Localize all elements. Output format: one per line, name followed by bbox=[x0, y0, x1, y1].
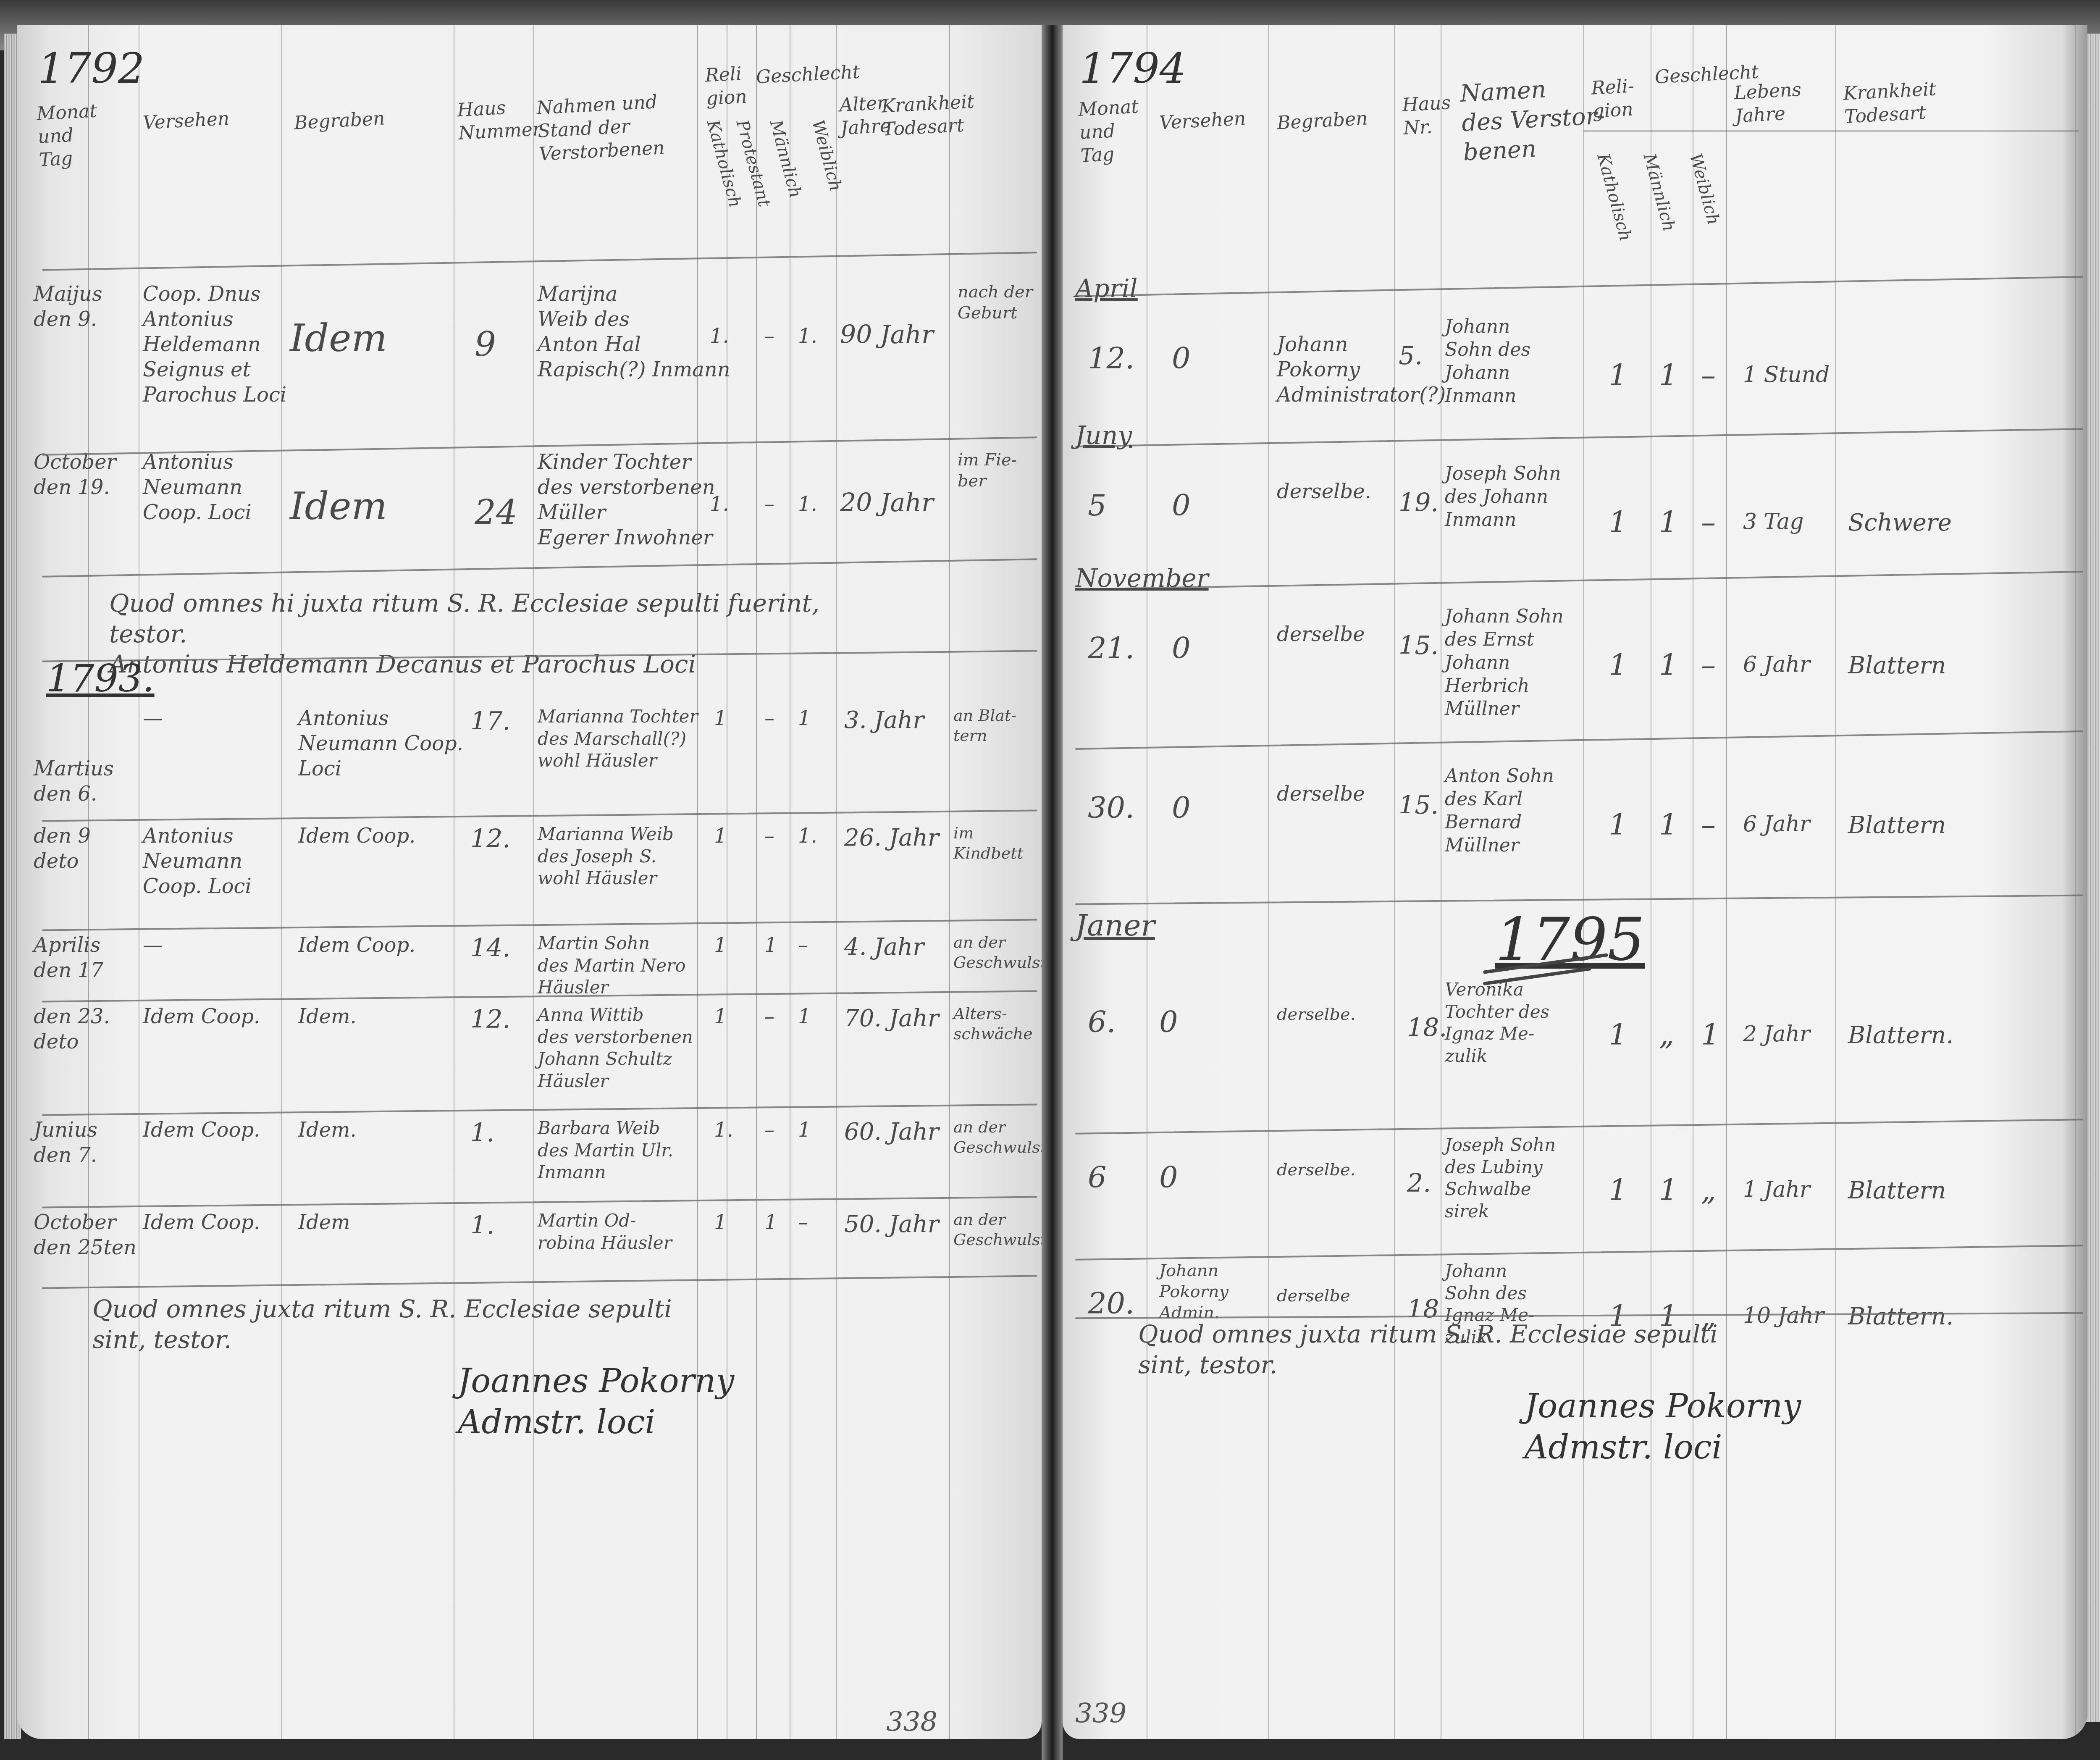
entry-religion: 1 bbox=[714, 1004, 727, 1029]
entry-female: – bbox=[798, 1210, 808, 1235]
entry-cause: Blattern. bbox=[1848, 1021, 1953, 1050]
entry-name: Veronika Tochter des Ignaz Me- zulik bbox=[1445, 979, 1549, 1067]
entry-date: Junius den 7. bbox=[34, 1117, 97, 1168]
entry-male: – bbox=[764, 1004, 774, 1029]
entry-age: 4. Jahr bbox=[844, 933, 924, 962]
entry-age: 1 Jahr bbox=[1743, 1176, 1810, 1203]
header-sex: Geschlecht bbox=[756, 60, 861, 89]
entry-versehen: — bbox=[143, 706, 163, 731]
entry-male: – bbox=[764, 706, 774, 731]
entry-house-number: 5. bbox=[1399, 340, 1423, 372]
entry-begraben: Idem bbox=[290, 315, 387, 363]
entry-name: Martin Od- robina Häusler bbox=[538, 1210, 672, 1254]
header-religion: Reli gion bbox=[704, 62, 748, 110]
row-divider bbox=[42, 1196, 1037, 1208]
entry-month: Juny bbox=[1075, 420, 1132, 452]
entry-versehen: 0 bbox=[1172, 487, 1191, 524]
entry-month: Janer bbox=[1075, 907, 1155, 944]
year-heading: 1792 bbox=[38, 42, 145, 95]
entry-male: – bbox=[764, 823, 774, 848]
entry-date: den 9 deto bbox=[34, 823, 91, 874]
entry-male: – bbox=[764, 323, 774, 349]
row-divider bbox=[1075, 571, 2083, 590]
row-divider bbox=[42, 1104, 1037, 1116]
entry-religion: 1 bbox=[1609, 1017, 1627, 1053]
entry-name: Kinder Tochter des verstorbenen Müller E… bbox=[538, 449, 715, 550]
entry-date: Maijus den 9. bbox=[34, 281, 102, 332]
entry-begraben: Idem. bbox=[298, 1004, 357, 1029]
entry-female: 1. bbox=[798, 323, 817, 349]
entry-female: 1 bbox=[798, 1004, 811, 1029]
right-page: 1794 Monat und Tag Versehen Begraben Hau… bbox=[1063, 25, 2087, 1739]
entry-house-number: 18. bbox=[1407, 1012, 1447, 1044]
header-house-number: Haus Nr. bbox=[1402, 91, 1452, 140]
header-age: Lebens Jahre bbox=[1733, 78, 1803, 128]
entry-house-number: 2. bbox=[1407, 1168, 1431, 1199]
entry-cause: an der Geschwulst bbox=[953, 933, 1042, 972]
entry-male: 1 bbox=[764, 933, 777, 958]
header-versehen: Versehen bbox=[142, 107, 230, 135]
entry-male: 1 bbox=[764, 1210, 777, 1235]
entry-cause: im Kindbett bbox=[953, 823, 1024, 863]
entry-house-number: 24 bbox=[475, 491, 517, 533]
entry-begraben: Idem Coop. bbox=[298, 933, 415, 958]
entry-house-number: 12. bbox=[470, 1004, 510, 1035]
entry-day: 12. bbox=[1088, 340, 1134, 377]
header-religion: Reli- gion bbox=[1591, 74, 1636, 123]
row-divider bbox=[42, 919, 1037, 931]
attestation-note: Quod omnes hi juxta ritum S. R. Ecclesia… bbox=[109, 588, 865, 680]
entry-age: 60. Jahr bbox=[844, 1117, 939, 1147]
entry-begraben: derselbe bbox=[1277, 781, 1365, 806]
entry-versehen: Johann Pokorny Admin. bbox=[1159, 1260, 1228, 1323]
entry-day: 21. bbox=[1088, 630, 1134, 667]
entry-name: Barbara Weib des Martin Ulr. Inmann bbox=[538, 1117, 673, 1184]
entry-religion: 1 bbox=[1609, 806, 1627, 843]
entry-religion: 1. bbox=[710, 491, 729, 517]
entry-date: den 23. deto bbox=[34, 1004, 110, 1054]
entry-cause: an Blat- tern bbox=[953, 706, 1016, 746]
entry-religion: 1 bbox=[1609, 647, 1627, 684]
entry-female: – bbox=[1701, 647, 1716, 684]
entry-begraben: derselbe bbox=[1277, 1285, 1350, 1306]
entry-age: 6 Jahr bbox=[1743, 651, 1810, 678]
entry-female: – bbox=[798, 933, 808, 958]
entry-versehen: — bbox=[143, 933, 163, 958]
entry-age: 1 Stund bbox=[1743, 361, 1830, 389]
entry-name: Johann Sohn des Ernst Johann Herbrich Mü… bbox=[1445, 605, 1564, 720]
entry-religion: 1 bbox=[714, 1210, 727, 1235]
entry-female: 1 bbox=[1701, 1017, 1720, 1053]
header-month-day: Monat und Tag bbox=[1078, 95, 1142, 167]
subheader-female: Weiblich bbox=[1685, 151, 1724, 227]
entry-female: – bbox=[1701, 357, 1716, 394]
entry-house-number: 1. bbox=[470, 1210, 494, 1241]
entry-day: 20. bbox=[1088, 1285, 1134, 1322]
row-divider bbox=[1075, 730, 2083, 750]
entry-age: 70. Jahr bbox=[844, 1004, 939, 1033]
entry-female: – bbox=[1701, 504, 1716, 541]
entry-religion: 1 bbox=[714, 706, 727, 731]
subheader-male: Männlich bbox=[765, 118, 806, 200]
entry-religion: 1 bbox=[714, 823, 727, 848]
header-name-status: Nahmen und Stand der Verstorbenen bbox=[536, 88, 699, 166]
entry-day: 6 bbox=[1088, 1159, 1107, 1196]
entry-religion: 1 bbox=[1609, 504, 1627, 541]
entry-name: Marijna Weib des Anton Hal Rapisch(?) In… bbox=[538, 281, 730, 382]
entry-begraben: Idem. bbox=[298, 1117, 357, 1143]
entry-cause: im Fie- ber bbox=[958, 449, 1017, 491]
entry-day: 5 bbox=[1088, 487, 1107, 524]
header-cause: Krankheit Todesart bbox=[1843, 77, 1938, 128]
closing-attestation: Quod omnes juxta ritum S. R. Ecclesiae s… bbox=[92, 1294, 974, 1355]
entry-religion: 1. bbox=[710, 323, 729, 349]
entry-cause: Blattern bbox=[1848, 811, 1946, 840]
entry-name: Marianna Weib des Joseph S. wohl Häusler bbox=[538, 823, 674, 890]
entry-name: Johann Sohn des Johann Inmann bbox=[1445, 315, 1530, 407]
row-divider bbox=[1075, 428, 2083, 447]
entry-versehen: Idem Coop. bbox=[143, 1210, 260, 1235]
year-heading: 1794 bbox=[1079, 42, 1186, 95]
entry-female: – bbox=[1701, 806, 1716, 843]
entry-female: 1. bbox=[798, 491, 817, 517]
entry-begraben: derselbe. bbox=[1277, 1004, 1355, 1025]
entry-male: 1 bbox=[1659, 647, 1678, 684]
entry-male: 1 bbox=[1659, 504, 1678, 541]
entry-cause: Schwere bbox=[1848, 508, 1952, 538]
entry-male: „ bbox=[1659, 1017, 1674, 1053]
entry-age: 3 Tag bbox=[1743, 508, 1804, 536]
header-cause: Krankheit Todesart bbox=[881, 90, 976, 141]
entry-house-number: 14. bbox=[470, 933, 510, 964]
entry-versehen: 0 bbox=[1172, 790, 1191, 827]
entry-male: – bbox=[764, 1117, 774, 1143]
entry-begraben: Idem bbox=[298, 1210, 350, 1235]
entry-female: „ bbox=[1701, 1172, 1716, 1209]
row-divider bbox=[1075, 1245, 2083, 1261]
entry-house-number: 15. bbox=[1399, 630, 1438, 662]
entry-age: 26. Jahr bbox=[844, 823, 939, 853]
subheader-catholic: Katholisch bbox=[1593, 151, 1636, 244]
entry-begraben: Idem bbox=[290, 483, 387, 531]
entry-house-number: 15. bbox=[1399, 790, 1438, 821]
header-month-day: Monat und Tag bbox=[36, 99, 100, 171]
entry-religion: 1 bbox=[714, 933, 727, 958]
entry-begraben: derselbe. bbox=[1277, 1159, 1355, 1180]
entry-female: 1 bbox=[798, 706, 811, 731]
entry-name: Martin Sohn des Martin Nero Häusler bbox=[538, 933, 685, 999]
entry-house-number: 12. bbox=[470, 823, 510, 855]
entry-date: Martius den 6. bbox=[34, 756, 114, 806]
subheader-male: Männlich bbox=[1639, 151, 1680, 234]
entry-male: 1 bbox=[1659, 357, 1678, 394]
entry-age: 50. Jahr bbox=[844, 1210, 939, 1239]
entry-day: 30. bbox=[1088, 790, 1134, 827]
entry-month: November bbox=[1075, 563, 1209, 594]
header-begraben: Begraben bbox=[294, 107, 386, 134]
page-number-left: 338 bbox=[886, 1705, 937, 1739]
entry-name: Anna Wittib des verstorbenen Johann Schu… bbox=[538, 1004, 693, 1092]
entry-date: October den 25ten bbox=[34, 1210, 136, 1260]
entry-versehen: 0 bbox=[1172, 340, 1191, 377]
entry-name: Joseph Sohn des Johann Inmann bbox=[1445, 462, 1561, 531]
row-divider bbox=[42, 810, 1037, 822]
entry-versehen: 0 bbox=[1159, 1159, 1178, 1196]
entry-versehen: Coop. Dnus Antonius Heldemann Seignus et… bbox=[143, 281, 286, 407]
entry-begraben: derselbe bbox=[1277, 622, 1365, 647]
entry-cause: nach der Geburt bbox=[958, 281, 1033, 323]
row-divider bbox=[1075, 1119, 2083, 1135]
entry-versehen: 0 bbox=[1172, 630, 1191, 667]
header-versehen: Versehen bbox=[1159, 107, 1247, 135]
entry-day: 6. bbox=[1088, 1004, 1116, 1041]
entry-religion: 1 bbox=[1609, 1172, 1627, 1209]
entry-religion: 1 bbox=[1609, 357, 1627, 394]
entry-male: 1 bbox=[1659, 1172, 1678, 1209]
entry-versehen: Antonius Neumann Coop. Loci bbox=[143, 449, 252, 525]
entry-cause: an der Geschwulst bbox=[953, 1210, 1042, 1250]
year-heading-1793: 1793. bbox=[46, 655, 155, 703]
entry-date: October den 19. bbox=[34, 449, 116, 500]
entry-house-number: 19. bbox=[1399, 487, 1438, 519]
entry-religion: 1. bbox=[714, 1117, 733, 1143]
entry-begraben: Idem Coop. bbox=[298, 823, 415, 848]
entry-house-number: 17. bbox=[470, 706, 510, 737]
entry-age: 90 Jahr bbox=[840, 319, 934, 351]
header-begraben: Begraben bbox=[1276, 107, 1368, 134]
entry-male: 1 bbox=[1659, 806, 1678, 843]
entry-cause: an der Geschwulst bbox=[953, 1117, 1042, 1157]
entry-cause: Blattern bbox=[1848, 651, 1946, 680]
signature: Joannes Pokorny Admstr. loci bbox=[458, 1361, 962, 1443]
entry-versehen: 0 bbox=[1159, 1004, 1178, 1041]
book-gutter bbox=[1042, 25, 1063, 1760]
left-page: 1792 Monat und Tag Versehen Begraben Hau… bbox=[17, 25, 1042, 1739]
header-name: Namen des Verstor- benen bbox=[1459, 72, 1607, 168]
entry-month: April bbox=[1075, 273, 1138, 305]
signature: Joannes Pokorny Admstr. loci bbox=[1525, 1386, 2029, 1468]
entry-versehen: Idem Coop. bbox=[143, 1117, 260, 1143]
entry-name: Marianna Tochter des Marschall(?) wohl H… bbox=[538, 706, 698, 772]
entry-age: 20 Jahr bbox=[840, 487, 934, 519]
entry-name: Joseph Sohn des Lubiny Schwalbe sirek bbox=[1445, 1134, 1556, 1222]
entry-male: – bbox=[764, 491, 774, 517]
entry-cause: Blattern bbox=[1848, 1176, 1946, 1206]
entry-cause: Alters- schwäche bbox=[953, 1004, 1033, 1044]
entry-begraben: Antonius Neumann Coop. Loci bbox=[298, 706, 463, 781]
entry-begraben: derselbe. bbox=[1277, 479, 1371, 504]
entry-female: 1. bbox=[798, 823, 817, 848]
entry-date: Aprilis den 17 bbox=[34, 933, 103, 983]
closing-attestation: Quod omnes juxta ritum S. R. Ecclesiae s… bbox=[1138, 1319, 2062, 1380]
entry-house-number: 1. bbox=[470, 1117, 494, 1149]
entry-female: 1 bbox=[798, 1117, 811, 1143]
entry-versehen: Antonius Neumann Coop. Loci bbox=[143, 823, 252, 899]
entry-house-number: 9 bbox=[475, 323, 496, 365]
header-house-number: Haus Nummer bbox=[457, 95, 542, 145]
entry-versehen: Idem Coop. bbox=[143, 1004, 260, 1029]
page-number-right: 339 bbox=[1075, 1697, 1126, 1731]
entry-age: 3. Jahr bbox=[844, 706, 924, 735]
entry-age: 2 Jahr bbox=[1743, 1021, 1810, 1048]
entry-name: Anton Sohn des Karl Bernard Müllner bbox=[1445, 764, 1554, 857]
entry-age: 6 Jahr bbox=[1743, 811, 1810, 838]
